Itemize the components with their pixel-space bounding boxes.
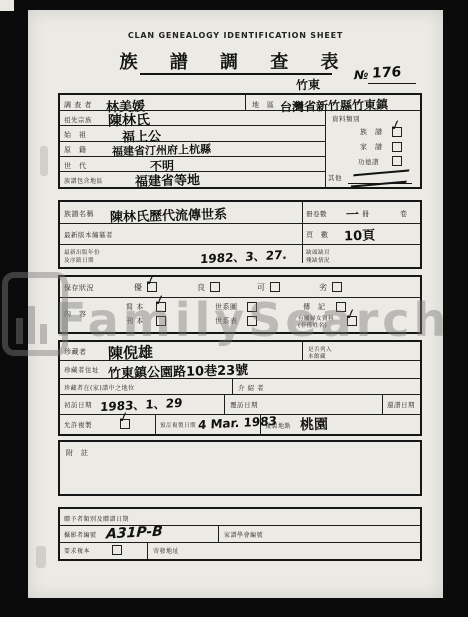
copy-place-value: 桃園	[300, 414, 329, 435]
sheet-number-value: 176	[372, 64, 402, 82]
category-family-genealogy-checkbox	[392, 142, 401, 151]
second-visit-label: 覆訪日期	[230, 400, 258, 409]
pubdate-label-line2: 及序跋日期	[64, 256, 94, 264]
english-title: CLAN GENEALOGY IDENTIFICATION SHEET	[28, 31, 443, 40]
owner-position-label: 珍藏者在(家)譜中之地位	[64, 383, 135, 392]
notes-box: 附 註	[58, 440, 422, 496]
category-clan-genealogy-label: 族 譜	[360, 127, 383, 137]
first-visit-label: 初訪日期	[64, 400, 92, 409]
pubdate-value: 1982、3、27.	[200, 246, 288, 268]
compiler-label: 最新版本編纂者	[64, 230, 113, 239]
category-family-genealogy-label: 家 譜	[360, 142, 383, 152]
preservation-fair-checkbox	[270, 282, 279, 291]
copy-permission-checkbox: ✓	[120, 419, 129, 428]
familysearch-watermark: FamilySearch	[55, 293, 450, 347]
number-underline	[368, 83, 416, 84]
volumes-value: 一	[346, 204, 360, 223]
return-date-label: 還譜日期	[387, 400, 415, 409]
copy-place-label: 複製地點	[265, 421, 291, 430]
other-crossed-out-scribble	[351, 169, 410, 187]
sheet-number-label: №	[354, 68, 369, 82]
owner-label: 珍藏者	[64, 347, 87, 357]
preservation-fair-label: 可	[257, 282, 266, 293]
preservation-excellent-label: 優	[134, 282, 143, 293]
category-other-label: 其他	[328, 173, 342, 182]
preservation-poor-label: 劣	[319, 282, 328, 293]
founder-label: 始 祖	[64, 130, 87, 140]
pages-label: 頁 數	[306, 230, 329, 240]
title-underline	[140, 73, 332, 75]
preservation-label: 保存狀況	[64, 283, 94, 293]
introducer-label: 介 紹 者	[238, 383, 264, 392]
preservation-poor-checkbox	[332, 282, 341, 291]
preservation-excellent-checkbox: ✓	[147, 282, 156, 291]
category-clan-genealogy-checkbox: ✓	[392, 127, 401, 136]
missing-label-line1: 缺頭缺頁	[306, 248, 330, 256]
notes-label: 附 註	[66, 448, 89, 458]
film-corner-notch	[0, 0, 14, 11]
coverage-value: 福建省等地	[135, 169, 200, 190]
missing-label-line2: 殘缺情況	[306, 256, 330, 264]
volumes-unit-ce: 冊	[362, 209, 370, 219]
category-label: 資料類別	[332, 114, 360, 123]
check-mark: ✓	[388, 118, 403, 134]
pubdate-label-line1: 最新出版年份	[64, 248, 100, 256]
admin-table: 贈予者類別及贈譜日期 攝影者編號 A31P-B 家譜學會編號 要求複本 寄發地址	[58, 507, 422, 561]
owner-address-label: 珍藏者住址	[64, 365, 99, 374]
donor-type-label: 贈予者類別及贈譜日期	[64, 514, 129, 523]
coverage-label: 族譜包含地區	[64, 176, 103, 185]
category-merit-genealogy-label: 功德譜	[358, 157, 379, 166]
pages-value: 10頁	[344, 225, 376, 245]
genealogy-title-label: 族譜名稱	[64, 209, 94, 219]
photographer-number-label: 攝影者編號	[64, 530, 97, 539]
preservation-good-label: 良	[197, 282, 206, 293]
photographer-number-value: A31P-B	[106, 523, 164, 542]
society-number-label: 家譜學會編號	[224, 530, 263, 539]
origin-label: 原 籍	[64, 145, 87, 155]
copy-request-label: 要求複本	[64, 546, 90, 555]
identification-table: 調 查 者 林美媛 地 區 台灣省新竹縣竹東鎮 祖先宗族 陳林氏 始 祖 福上公…	[58, 93, 422, 189]
region-note-handwriting: 竹東	[296, 76, 320, 94]
category-merit-genealogy-checkbox	[392, 156, 401, 165]
surveyor-label: 調 查 者	[64, 100, 92, 110]
copy-permission-label: 允許複製	[64, 420, 92, 429]
scan-smudge	[36, 546, 46, 568]
generations-label: 世 代	[64, 161, 87, 171]
first-visit-value: 1983、1、29	[100, 394, 183, 415]
mailing-address-label: 寄發地址	[153, 546, 179, 555]
owner-table: 珍藏者 陳倪雄 是否列入 本館藏 珍藏者住址 竹東鎮公園路10巷23號 珍藏者在…	[58, 340, 422, 436]
listed-label-line2: 本館藏	[308, 352, 326, 360]
scan-smudge	[40, 146, 48, 176]
clan-label: 祖先宗族	[64, 115, 92, 124]
volumes-label: 冊卷數	[306, 209, 327, 218]
volumes-unit-juan: 卷	[400, 209, 408, 219]
book-info-table: 族譜名稱 陳林氏歷代流傳世系 冊卷數 一 冊 卷 最新版本編纂者 頁 數 10頁…	[58, 200, 422, 269]
area-value: 台灣省新竹縣竹東鎮	[280, 96, 388, 116]
area-label: 地 區	[252, 100, 275, 110]
scheduled-copy-date-label: 預訂複製日期	[160, 421, 196, 429]
preservation-good-checkbox	[210, 282, 219, 291]
copy-request-checkbox	[112, 545, 121, 554]
